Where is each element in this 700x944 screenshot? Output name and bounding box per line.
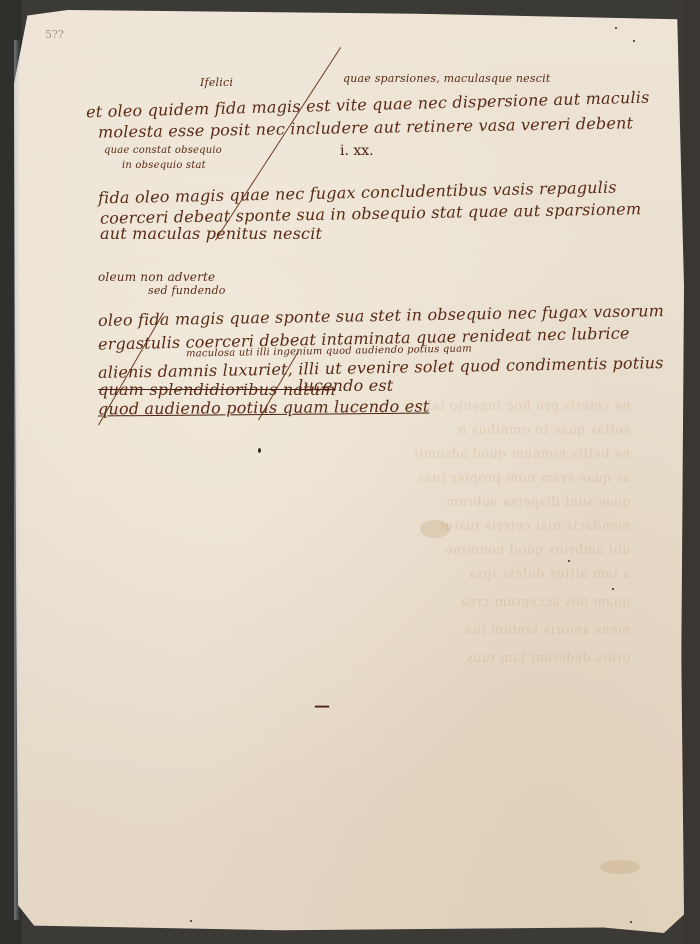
bleed-line: quam nos acceptum crea <box>250 594 630 611</box>
bleed-line: ne bellis nonnum quod adsumit <box>250 446 630 463</box>
manuscript-line-11: lucendo est <box>298 376 393 395</box>
speck <box>633 40 635 42</box>
bottom-mark: — <box>314 696 330 715</box>
speck <box>568 560 570 562</box>
bleed-line: ubi ambrios quod nonmino <box>250 542 630 559</box>
manuscript-note: oleum non adverte <box>98 270 215 284</box>
manuscript-line-12: quod audiendo potius quam lucendo est <box>98 397 430 419</box>
interlinear-insertion: Ifelici <box>200 76 233 89</box>
interlinear-insertion: quae sparsiones, maculasque nescit <box>343 72 550 85</box>
bleed-line: a tam altius dulcia ipsa <box>250 566 630 583</box>
bleed-line: quae sunt dispersa aubrom <box>250 494 630 511</box>
bleed-line: orbis dederunt tam tuus <box>250 650 630 667</box>
interlinear-insertion: quae constat obsequio <box>104 145 222 156</box>
bleed-line: as quae eram nom propter tuas <box>250 470 630 487</box>
marginal-mark: i. xx. <box>340 143 374 159</box>
interlinear-insertion: in obsequio stat <box>122 160 206 171</box>
speck <box>615 27 617 29</box>
manuscript-note: sed fundendo <box>148 284 226 297</box>
bleed-line: mendacis nisi ceteris tuatur <box>250 518 630 535</box>
page-edge-shadow <box>14 40 20 920</box>
speck <box>630 921 632 923</box>
bleed-line: mens amoris tantum tua <box>250 622 630 639</box>
scan-background-right <box>682 0 700 944</box>
ink-stain <box>600 860 640 874</box>
bleed-line: sollas quae in omnibus n <box>250 422 630 439</box>
folio-number: 5?? <box>45 28 64 41</box>
speck <box>612 588 614 590</box>
manuscript-line-6: aut maculas penitus nescit <box>100 224 322 243</box>
speck <box>190 920 192 922</box>
